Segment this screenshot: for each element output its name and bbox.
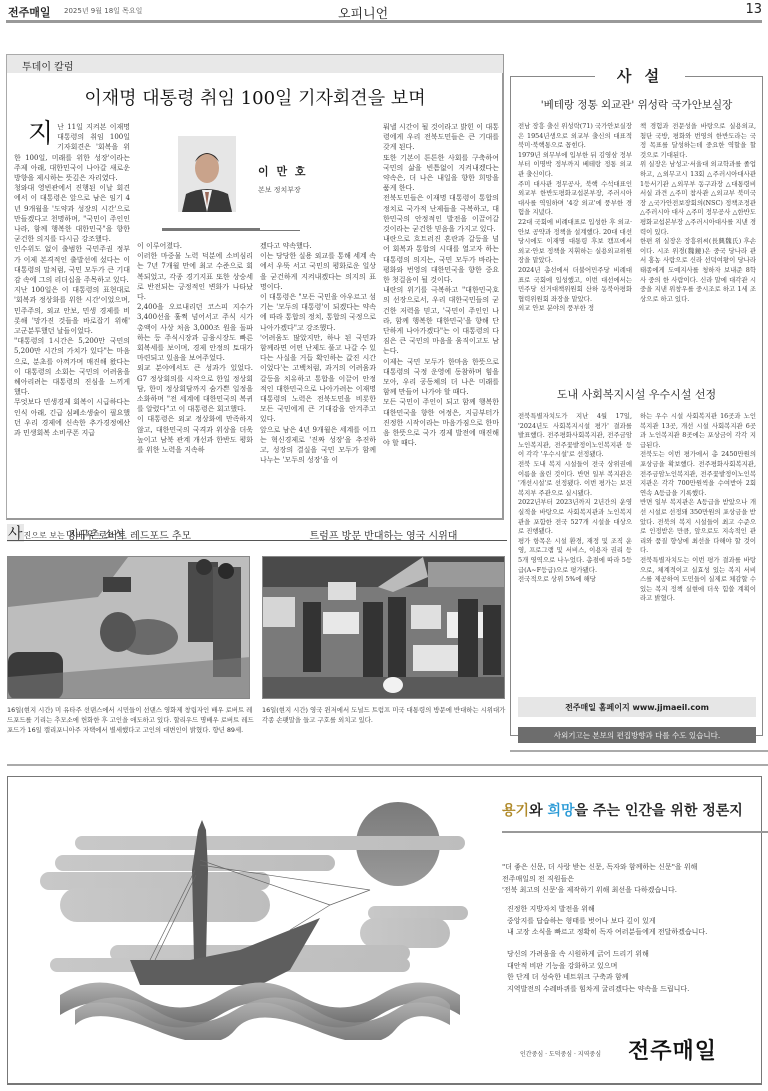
masthead-divider — [6, 20, 762, 23]
paragraph: 위 실장은 남성고·서울대 외교학과를 졸업하고, △외무고시 13회 △주러시… — [640, 160, 756, 237]
slogan-courage: 용기 — [502, 803, 529, 819]
pen-ship-illustration-icon — [30, 800, 470, 1040]
today-column-label: 투데이 칼럼 — [7, 55, 503, 73]
issue-date: 2025년 9월 18일 목요일 — [64, 6, 142, 16]
column-text-1: 지 난 11일 지켜본 이재명 대통령의 취임 100일 기자회견은 '회복을 … — [14, 122, 130, 438]
ad-slogan: 용기와 희망을 주는 인간을 위한 정론지 — [502, 800, 743, 820]
photo-windsor-protest[interactable] — [262, 556, 505, 699]
author-portrait — [178, 136, 236, 212]
photo-2-caption: 16일(현지 시간) 영국 윈저에서 도널드 트럼프 미국 대통령의 방문에 반… — [262, 705, 512, 725]
paragraph: 전북도는 이번 평가에서 총 2450만원의 포상금을 확보했다. 전주평화사회… — [640, 450, 756, 498]
paragraph: 지난 100일은 이 대통령의 표현대로 '회복과 정상화를 위한 시간'이었으… — [14, 285, 130, 336]
ad-divider — [502, 831, 768, 833]
ad-tagline: 인간중심 · 도덕중심 · 지역중심 — [520, 1049, 601, 1058]
paragraph: 이 대통령은 외교 정상화에 만족하지 않고, 대한민국의 국격과 위상을 더욱… — [137, 414, 253, 455]
disclaimer-notice: 사외기고는 본보의 편집방향과 다를 수도 있습니다. — [518, 727, 756, 743]
paragraph: 한편 위 실장은 장흥위씨(長興魏氏) 후손이다. 시조 위경(魏鏡)은 중국 … — [640, 237, 756, 304]
editorial-2-col-1: 전북특별자치도가 지난 4월 17일, '2024년도 사회복지시설 평가' 결… — [518, 412, 632, 684]
paragraph: 평가 항목은 시설 환경, 재정 및 조직 운영, 프로그램 및 서비스, 이용… — [518, 537, 632, 575]
today-column-headline: 이재명 대통령 취임 100일 기자회견을 보며 — [7, 84, 503, 110]
paragraph: 2024년 총선에서 더불어민주당 비례대표로 국회에 입성했고, 이번 대선에… — [518, 266, 632, 304]
paragraph: 전북특별자치도가 지난 4월 17일, '2024년도 사회복지시설 평가' 결… — [518, 412, 632, 460]
photo-1-title: 명배우 로버트 레드포드 추모 — [7, 527, 250, 542]
column-text-4: 뤄낼 시간이 될 것이라고 밝힌 이 대통령에게 우리 전북도민들은 큰 기대를… — [383, 122, 499, 449]
paragraph: 뤄낼 시간이 될 것이라고 밝힌 이 대통령에게 우리 전북도민들은 큰 기대를… — [383, 122, 499, 153]
paragraph: 또한 기본이 튼튼한 사회를 구축하여 국민의 삶을 빈틈없이 지켜내겠다는 약… — [383, 153, 499, 194]
paragraph: 1979년 외무부에 입부한 뒤 김영삼 정부부터 이명박 정부까지 베테랑 정… — [518, 151, 632, 180]
paragraph: 전북 도내 복지 시설들이 전국 상위권에 이름을 올린 것이다. 반면 일부 … — [518, 460, 632, 498]
author-name: 이 만 호 — [258, 163, 308, 179]
editorial-1-col-1: 전남 장흥 출신 위성락(71) 국가안보실장은 1954년생으로 외교부 출신… — [518, 122, 632, 377]
ad-paragraph-3: 당신의 가려움을 속 시원하게 긁어 드리기 위해 대안적 비판 기능을 강화하… — [507, 949, 689, 995]
paragraph: 2022년부터 2023년까지 2년간의 운영 실적을 바탕으로 사회복지관과 … — [518, 498, 632, 536]
paragraph: 내란으로 흐트러진 혼란과 갈등을 넘어 회복과 통합의 시대를 열고자 하는 … — [383, 234, 499, 285]
editorial-1-col-2: 책 경험과 전문성을 바탕으로 실용외교, 첨단 국방, 평화와 번영의 한반도… — [640, 122, 756, 377]
photo-1-caption: 16일(현지 시간) 미 유타주 선댄스에서 시민들이 선댄스 영화제 창립자인… — [7, 705, 257, 735]
paragraph: 외교 분야에서도 큰 성과가 있었다. G7 정상회의를 시작으로 한일 정상회… — [137, 363, 253, 414]
paragraph: 하는 우수 시설 사회복지관 16곳과 노인복지관 13곳, 개선 시설 사회복… — [640, 412, 756, 450]
section-divider — [510, 750, 768, 752]
paragraph: 반면 일부 복지관은 A등급을 받았으나 개선 시설로 선정돼 350만원의 포… — [640, 498, 756, 556]
slogan-and: 와 — [529, 803, 547, 819]
paragraph: 22대 국회에 비례대표로 입성한 후 외교·안보 공약과 정책을 설계했다. … — [518, 218, 632, 266]
paragraph: 전북특별자치도는 이번 평가 결과를 바탕으로, 체계적이고 실효성 있는 복지… — [640, 556, 756, 604]
paragraph: 주미 대사관 정무공사, 북핵 수석대표인 외교부 한반도평화교섭본부장, 주러… — [518, 180, 632, 218]
paragraph: 이는 당당한 실용 외교를 통해 세계 속에서 우뚝 서고 국민의 평화로운 일… — [260, 251, 376, 292]
paragraph: "대통령의 1시간은 5,200만 국민의 5,200만 시간의 가치가 있다"… — [14, 336, 130, 397]
protest-photo-icon — [263, 557, 505, 699]
paragraph: 책 경험과 전문성을 바탕으로 실용외교, 첨단 국방, 평화와 번영의 한반도… — [640, 122, 756, 160]
paragraph: 이러한 마중물 노력 덕분에 소비심리는 7년 7개월 만에 최고 수준으로 회… — [137, 251, 253, 302]
photo-redford-memorial[interactable] — [7, 556, 250, 699]
ad-brand-logo: 전주매일 — [628, 1034, 717, 1065]
column-text-2: 이 이루어졌다. 이러한 마중물 노력 덕분에 소비심리는 7년 7개월 만에 … — [137, 241, 253, 455]
paragraph: 이제는 국민 모두가 한마음 한뜻으로 대통령의 국정 운영에 동참하며 힘을 … — [383, 357, 499, 398]
paragraph: 전북도민들은 이재명 대통령이 통합의 정치로 국가적 난제들을 극복하고, 대… — [383, 193, 499, 234]
byline-divider — [162, 230, 300, 231]
person-portrait-icon — [178, 136, 236, 212]
paragraph: 모든 국민이 주인이 되고 함께 행복한 대한민국을 향한 여정은, 지금부터가… — [383, 397, 499, 448]
editorial-headline-1: '베테랑 정통 외교관' 위성락 국가안보실장 — [510, 97, 763, 112]
paragraph: 내란의 위기를 극복하고 "대한민국호의 선장으로서, 우리 대한국민들의 굳건… — [383, 285, 499, 356]
page-number: 13 — [745, 2, 762, 17]
newspaper-logo: 전주매일 — [8, 4, 51, 20]
dropcap: 지 — [28, 122, 53, 146]
paragraph: 무엇보다 민생경제 회복이 시급하다는 인식 아래, 긴급 심폐소생술이 필요했… — [14, 397, 130, 438]
paragraph: 인수위도 없이 출범한 국민주권 정부가 이제 본격적인 출발선에 섰다는 이 … — [14, 244, 130, 285]
memorial-photo-icon — [8, 557, 250, 699]
column-text-3: 겠다고 약속했다. 이는 당당한 실용 외교를 통해 세계 속에서 우뚝 서고 … — [260, 241, 376, 465]
page-divider — [7, 764, 768, 766]
paragraph: 2,400을 오르내리던 코스피 지수가 3,400선을 훌쩍 넘어서고 주식 … — [137, 302, 253, 363]
paragraph: 이 이루어졌다. — [137, 241, 253, 251]
slogan-hope: 희망 — [547, 803, 574, 819]
paragraph: '어려움도 많았지만, 하나 된 국민과 함께라면 어떤 난제도 풀고 나갈 수… — [260, 333, 376, 425]
ad-paragraph-2: 진정한 지방자치 발전을 위해 중앙지를 답습하는 형태를 벗어나 보다 깊이 … — [507, 904, 707, 939]
ad-illustration — [30, 800, 470, 1040]
paragraph: 외교 안보 분야의 풍부한 정 — [518, 304, 632, 314]
editorial-label: 사 설 — [595, 65, 685, 86]
paragraph: 전국적으로 상위 5%에 해당 — [518, 575, 632, 585]
paragraph: 청와대 영빈관에서 진행된 이날 회견에서 이 대통령은 앞으로 남은 임기 4… — [14, 183, 130, 244]
editorial-2-col-2: 하는 우수 시설 사회복지관 16곳과 노인복지관 13곳, 개선 시설 사회복… — [640, 412, 756, 684]
homepage-link[interactable]: 전주매일 홈페이지 www.jjmaeil.com — [518, 697, 756, 717]
photo-2-title: 트럼프 방문 반대하는 영국 시위대 — [262, 527, 505, 542]
author-role: 본보 정치부장 — [258, 185, 301, 195]
paragraph: 이 대통령은 "모든 국민을 아우르고 섬기는 '모두의 대통령'이 되겠다는 … — [260, 292, 376, 333]
paragraph: 겠다고 약속했다. — [260, 241, 376, 251]
slogan-rest: 을 주는 인간을 위한 정론지 — [575, 803, 743, 819]
editorial-headline-2: 도내 사회복지시설 우수시설 선정 — [510, 386, 763, 402]
paragraph: 앞으로 남은 4년 9개월은 세계를 이끄는 혁신경제로 '진짜 성장'을 추진… — [260, 425, 376, 466]
paragraph: 전남 장흥 출신 위성락(71) 국가안보실장은 1954년생으로 외교부 출신… — [518, 122, 632, 151]
ad-paragraph-1: "더 좋은 신문, 더 사랑 받는 신문, 독자와 함께하는 신문"을 위해 전… — [502, 862, 697, 897]
